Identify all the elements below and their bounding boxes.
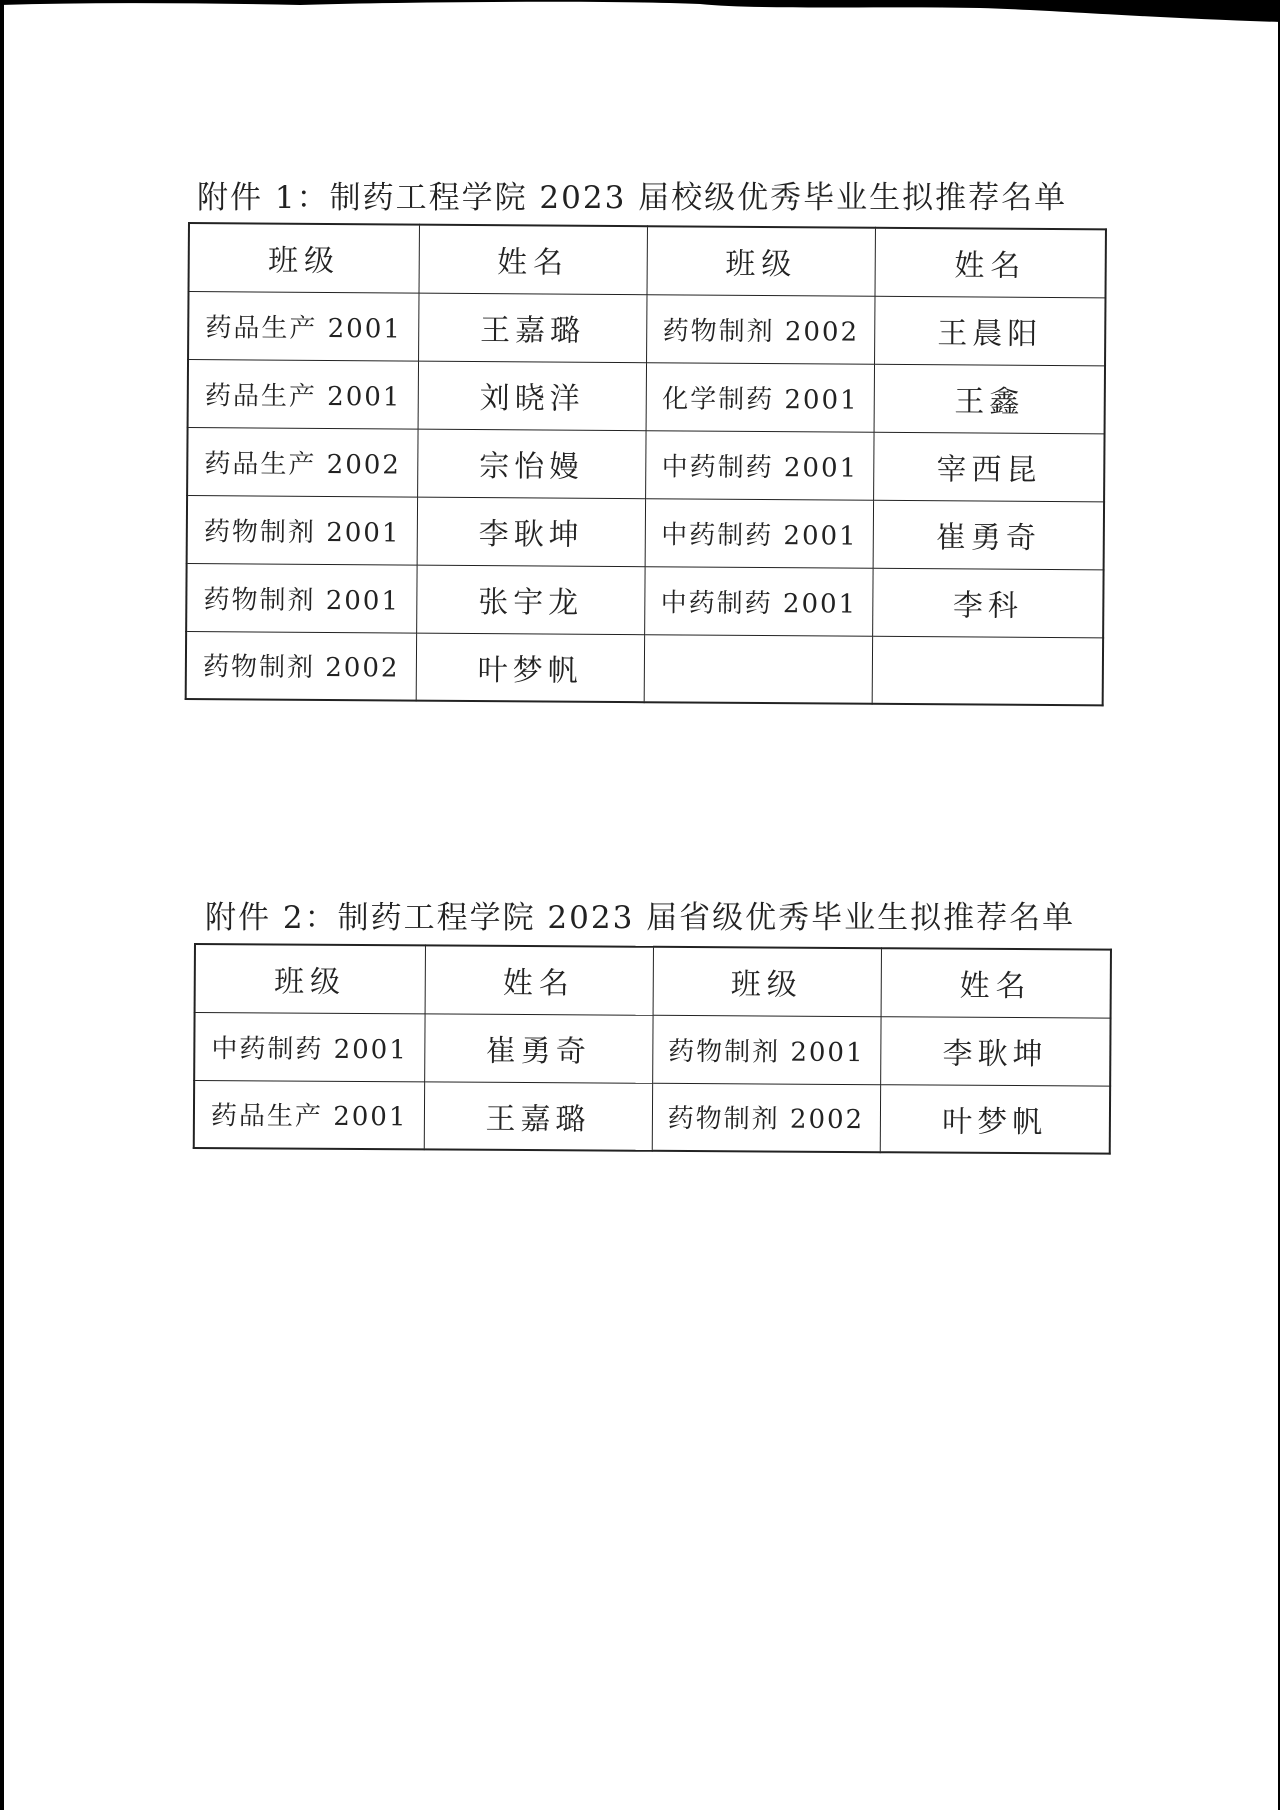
class-cell: 药物制剂 2002 bbox=[652, 1083, 880, 1152]
table-row: 药品生产 2001 刘晓洋 化学制药 2001 王鑫 bbox=[188, 359, 1105, 433]
header-name: 姓名 bbox=[881, 948, 1111, 1017]
name-cell: 王晨阳 bbox=[875, 296, 1106, 366]
table-row: 药物制剂 2002 叶梦帆 bbox=[186, 631, 1103, 705]
class-cell: 药物制剂 2002 bbox=[647, 294, 876, 364]
class-cell: 药物制剂 2002 bbox=[186, 631, 417, 701]
table-row: 药品生产 2001 王嘉璐 药物制剂 2002 王晨阳 bbox=[188, 291, 1105, 365]
class-cell: 药品生产 2001 bbox=[188, 291, 419, 361]
name-cell: 李耿坤 bbox=[417, 497, 646, 567]
class-cell: 药品生产 2002 bbox=[187, 427, 418, 497]
table-row: 药物制剂 2001 李耿坤 中药制药 2001 崔勇奇 bbox=[187, 495, 1104, 569]
empty-cell bbox=[872, 636, 1103, 706]
name-cell: 崔勇奇 bbox=[424, 1013, 652, 1082]
name-cell: 张宇龙 bbox=[416, 565, 645, 635]
name-cell: 王嘉璐 bbox=[424, 1081, 652, 1150]
header-class: 班级 bbox=[647, 226, 876, 296]
class-cell: 中药制药 2001 bbox=[646, 430, 875, 500]
empty-cell bbox=[644, 634, 873, 704]
name-cell: 王嘉璐 bbox=[418, 293, 647, 363]
class-cell: 药物制剂 2001 bbox=[652, 1015, 880, 1084]
table-row: 药物制剂 2001 张宇龙 中药制药 2001 李科 bbox=[186, 563, 1103, 637]
table-header-row: 班级 姓名 班级 姓名 bbox=[195, 944, 1111, 1018]
name-cell: 李科 bbox=[873, 568, 1104, 638]
header-name: 姓名 bbox=[419, 225, 648, 295]
name-cell: 刘晓洋 bbox=[418, 361, 647, 431]
class-cell: 中药制药 2001 bbox=[194, 1012, 424, 1081]
attachment-1-title: 附件 1：制药工程学院 2023 届校级优秀毕业生拟推荐名单 bbox=[197, 172, 1067, 217]
header-class: 班级 bbox=[195, 944, 425, 1013]
class-cell: 中药制药 2001 bbox=[645, 498, 874, 568]
class-cell: 药物制剂 2001 bbox=[187, 495, 418, 565]
table-row: 药品生产 2002 宗怡嫚 中药制药 2001 宰西昆 bbox=[187, 427, 1104, 501]
name-cell: 王鑫 bbox=[874, 364, 1105, 434]
name-cell: 崔勇奇 bbox=[873, 500, 1104, 570]
photo-background-edge bbox=[0, 0, 1280, 30]
name-cell: 叶梦帆 bbox=[880, 1084, 1110, 1153]
table-row: 中药制药 2001 崔勇奇 药物制剂 2001 李耿坤 bbox=[194, 1012, 1110, 1086]
table-header-row: 班级 姓名 班级 姓名 bbox=[189, 223, 1106, 297]
class-cell: 药品生产 2001 bbox=[194, 1080, 424, 1149]
document-page: 附件 1：制药工程学院 2023 届校级优秀毕业生拟推荐名单 班级 姓名 班级 … bbox=[4, 0, 1278, 1810]
name-cell: 叶梦帆 bbox=[416, 633, 645, 703]
provincial-level-roster-table: 班级 姓名 班级 姓名 中药制药 2001 崔勇奇 药物制剂 2001 李耿坤 … bbox=[193, 943, 1112, 1155]
name-cell: 宗怡嫚 bbox=[417, 429, 646, 499]
header-name: 姓名 bbox=[875, 228, 1106, 298]
class-cell: 药物制剂 2001 bbox=[186, 563, 417, 633]
name-cell: 李耿坤 bbox=[880, 1016, 1110, 1085]
header-class: 班级 bbox=[653, 947, 881, 1016]
class-cell: 药品生产 2001 bbox=[188, 359, 419, 429]
class-cell: 中药制药 2001 bbox=[645, 566, 874, 636]
table-row: 药品生产 2001 王嘉璐 药物制剂 2002 叶梦帆 bbox=[194, 1080, 1110, 1154]
header-name: 姓名 bbox=[425, 945, 653, 1014]
name-cell: 宰西昆 bbox=[874, 432, 1105, 502]
header-class: 班级 bbox=[189, 223, 420, 293]
attachment-2-title: 附件 2：制药工程学院 2023 届省级优秀毕业生拟推荐名单 bbox=[205, 892, 1075, 937]
class-cell: 化学制药 2001 bbox=[646, 362, 875, 432]
school-level-roster-table: 班级 姓名 班级 姓名 药品生产 2001 王嘉璐 药物制剂 2002 王晨阳 … bbox=[185, 222, 1107, 706]
